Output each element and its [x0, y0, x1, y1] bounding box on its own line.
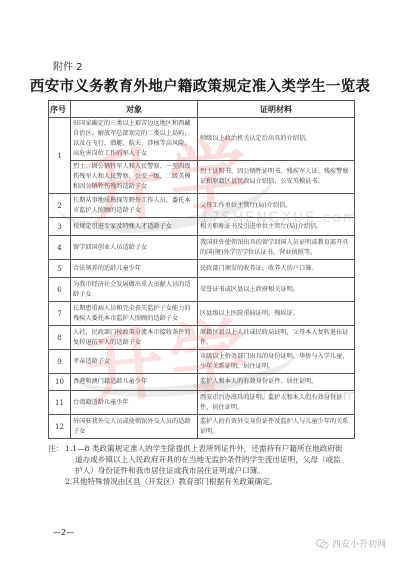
page-number: —2— [53, 528, 74, 537]
source-label: 西安小升初网 [332, 537, 386, 550]
row-number: 4 [49, 236, 71, 260]
note-item: 1.1—8 类政策规定准入的学生除提供上表所列证件外，还需持有户籍所在地政府街道… [48, 443, 348, 476]
wechat-icon [316, 539, 329, 549]
row-number: 7 [49, 302, 71, 326]
row-number: 12 [49, 415, 71, 439]
watermark-url: 17SHENGXUE.com [200, 210, 358, 226]
row-number: 11 [49, 391, 71, 415]
row-material: 我国驻外使领馆出具的留学回国人员证明或教育部开具的国(境)外学历学位认证书，营业… [198, 236, 355, 260]
row-number: 10 [49, 374, 71, 391]
row-material: 监护人的有效外交身份证件及监护人与儿童少年的关系证明。 [198, 415, 355, 439]
attachment-label: 附件 2 [53, 58, 83, 73]
row-target: 留学回国创业人员适龄子女 [71, 236, 198, 260]
document-page: 附件 2 西安市义务教育外地户籍政策规定准入类学生一览表 序号 对象 证明材料 … [0, 0, 400, 565]
row-number: 9 [49, 350, 71, 374]
table-header-row: 序号 对象 证明材料 [49, 101, 355, 118]
row-material: 民政部门颁发的收养证，收养人的户口簿。 [198, 260, 355, 278]
row-target: 外国驻我外交人员或使领馆外交人员的适龄子女 [71, 415, 198, 439]
watermark-url: 17SHENGXUE.com [200, 388, 358, 404]
row-number: 1 [49, 118, 71, 194]
header-no: 序号 [49, 101, 71, 118]
row-number: 3 [49, 218, 71, 236]
document-title: 西安市义务教育外地户籍政策规定准入类学生一览表 [0, 75, 400, 96]
row-number: 5 [49, 260, 71, 278]
source-attribution: 西安小升初网 [316, 537, 386, 550]
table-row: 5 合法领养的适龄儿童少年 民政部门颁发的收养证，收养人的户口簿。 [49, 260, 355, 278]
notes-section: 注： 1.1—8 类政策规定准入的学生除提供上表所列证件外，还需持有户籍所在地政… [48, 443, 348, 487]
row-number: 8 [49, 326, 71, 350]
row-number: 2 [49, 194, 71, 218]
row-target: 合法领养的适龄儿童少年 [71, 260, 198, 278]
row-number: 6 [49, 278, 71, 302]
header-target: 对象 [71, 101, 198, 118]
note-item: 2.其他特殊情况由区县（开发区）教育部门根据有关政策确定。 [48, 476, 348, 487]
